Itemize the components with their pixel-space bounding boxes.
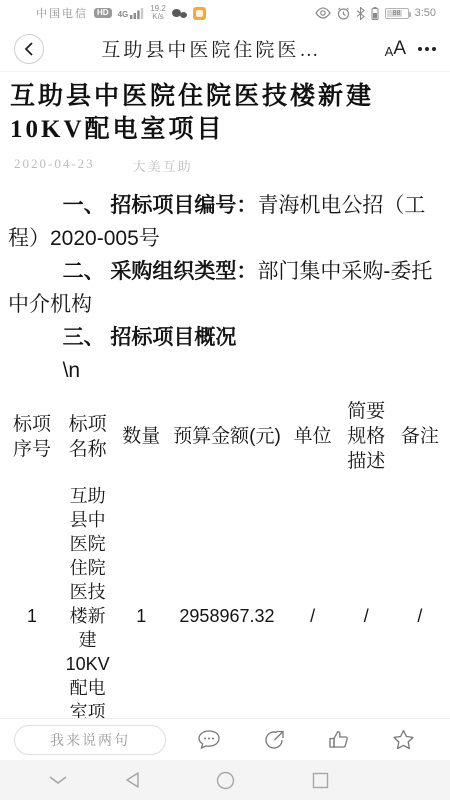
back-button[interactable] — [14, 34, 44, 64]
article-content: 互助县中医院住院医技楼新建10KV配电室项目 2020-04-23 大美互助 一… — [0, 72, 450, 718]
hide-navbar-button[interactable] — [38, 760, 78, 800]
share-icon[interactable] — [262, 728, 286, 752]
table-header-row: 标项序号 标项名称 数量 预算金额(元) 单位 简要规格描述 备注 — [8, 399, 442, 474]
signal-icon: 4G — [118, 8, 145, 19]
cell-budget: 2958967.32 — [171, 604, 283, 628]
article-title: 互助县中医院住院医技楼新建10KV配电室项目 — [8, 78, 442, 146]
paragraph-project-number: 一、 招标项目编号：青海机电公招（工程）2020-005号 — [8, 189, 442, 255]
bt-battery-icon — [371, 7, 379, 20]
paragraph-project-overview: 三、 招标项目概况 — [8, 321, 442, 354]
browser-nav-bar: 互助县中医院住院医… AA — [0, 26, 450, 72]
comment-toolbar: 我来说两句 — [0, 718, 450, 760]
network-speed: 19.2 K/s — [150, 5, 166, 21]
cell-spec: / — [342, 604, 390, 628]
table-header: 单位 — [291, 424, 335, 449]
notification-app-icon — [193, 7, 206, 20]
cell-remark: / — [398, 604, 442, 628]
cell-unit: / — [291, 604, 335, 628]
more-menu-button[interactable] — [418, 47, 436, 51]
carrier-label: 中国电信 — [36, 5, 88, 21]
circle-home-icon — [216, 771, 235, 790]
font-size-button[interactable]: AA — [385, 39, 406, 58]
page-title: 互助县中医院住院医… — [44, 35, 379, 62]
battery-percent: 88 — [393, 10, 401, 17]
table-header: 预算金额(元) — [171, 424, 283, 449]
nav-recents-button[interactable] — [300, 760, 340, 800]
cell-item-no: 1 — [8, 604, 56, 628]
table-header: 数量 — [119, 424, 163, 449]
table-row: 1 互助县中医院住院医技楼新建10KV配电室项目 1 2958967.32 / … — [8, 484, 442, 718]
paragraph-newline-literal: \n — [8, 354, 442, 387]
battery-icon: 88 — [385, 8, 409, 19]
article-date: 2020-04-23 — [14, 156, 95, 175]
square-recents-icon — [312, 772, 329, 789]
table-header: 标项名称 — [64, 412, 112, 462]
bid-items-table: 标项序号 标项名称 数量 预算金额(元) 单位 简要规格描述 备注 1 互助县中… — [8, 399, 442, 718]
nav-home-button[interactable] — [205, 760, 245, 800]
nav-back-button[interactable] — [112, 760, 152, 800]
bluetooth-icon — [356, 7, 365, 20]
article-source[interactable]: 大美互助 — [133, 156, 193, 175]
table-header: 简要规格描述 — [342, 399, 390, 474]
triangle-back-icon — [124, 771, 140, 789]
table-header: 备注 — [398, 424, 442, 449]
cell-quantity: 1 — [119, 604, 163, 628]
article-meta: 2020-04-23 大美互助 — [14, 156, 440, 175]
clock-label: 3:50 — [415, 7, 436, 19]
chat-app-icon — [172, 8, 187, 19]
phone-screen: 中国电信 HD 4G 19.2 K/s — [0, 0, 450, 800]
cell-item-name: 互助县中医院住院医技楼新建10KV配电室项目 — [64, 484, 112, 718]
star-icon[interactable] — [391, 728, 416, 752]
table-header: 标项序号 — [8, 412, 56, 462]
hd-icon: HD — [94, 8, 112, 18]
alarm-icon — [337, 7, 350, 20]
chevron-down-icon — [48, 775, 68, 785]
thumbs-up-icon[interactable] — [326, 728, 351, 752]
comment-icon[interactable] — [196, 728, 222, 752]
comment-input[interactable]: 我来说两句 — [14, 725, 166, 755]
paragraph-procurement-type: 二、 采购组织类型：部门集中采购-委托中介机构 — [8, 255, 442, 321]
system-nav-bar — [0, 760, 450, 800]
eye-comfort-icon — [315, 7, 331, 19]
status-bar: 中国电信 HD 4G 19.2 K/s — [0, 0, 450, 26]
